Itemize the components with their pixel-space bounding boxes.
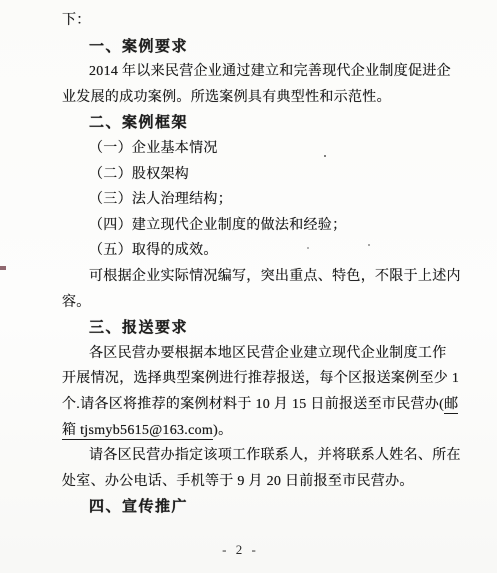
text-line: 请各区民营办指定该项工作联系人，并将联系人姓名、所在 bbox=[62, 443, 462, 469]
text-line: 业发展的成功案例。所选案例具有典型性和示范性。 bbox=[62, 85, 462, 111]
text-line: 下： bbox=[62, 8, 462, 34]
scan-speck bbox=[324, 155, 326, 157]
list-item-3: （三）法人治理结构； bbox=[62, 187, 462, 213]
heading-case-framework: 二、案例框架 bbox=[62, 110, 462, 136]
list-item-5: （五）取得的成效。 bbox=[62, 238, 462, 264]
text-line: 各区民营办要根据本地区民营企业建立现代企业制度工作 bbox=[62, 341, 462, 367]
heading-case-requirements: 一、案例要求 bbox=[62, 34, 462, 60]
document-text-block: 下： 一、案例要求 2014 年以来民营企业通过建立和完善现代企业制度促进企 业… bbox=[62, 8, 462, 520]
text-line: 箱 tjsmyb5615@163.com)。 bbox=[62, 418, 462, 444]
text-line: 个.请各区将推荐的案例材料于 10 月 15 日前报送至市民营办(邮 bbox=[62, 392, 462, 418]
text-line: 处室、办公电话、手机等于 9 月 20 日前报至市民营办。 bbox=[62, 469, 462, 495]
text-segment: )。 bbox=[213, 423, 232, 438]
text-line: 2014 年以来民营企业通过建立和完善现代企业制度促进企 bbox=[62, 59, 462, 85]
heading-promotion: 四、宣传推广 bbox=[62, 494, 462, 520]
heading-submission-requirements: 三、报送要求 bbox=[62, 315, 462, 341]
scan-speck bbox=[307, 247, 309, 249]
page-number: - 2 - bbox=[0, 542, 489, 558]
document-page: 下： 一、案例要求 2014 年以来民营企业通过建立和完善现代企业制度促进企 业… bbox=[0, 0, 497, 573]
list-item-4: （四）建立现代企业制度的做法和经验； bbox=[62, 213, 462, 239]
list-item-2: （二）股权架构 bbox=[62, 162, 462, 188]
text-line: 开展情况，选择典型案例进行推荐报送，每个区报送案例至少 1 bbox=[62, 366, 462, 392]
scan-artifact-mark bbox=[0, 266, 6, 270]
text-line: 容。 bbox=[62, 290, 462, 316]
scan-speck bbox=[368, 244, 370, 246]
list-item-1: （一）企业基本情况 bbox=[62, 136, 462, 162]
text-line: 可根据企业实际情况编写，突出重点、特色，不限于上述内 bbox=[62, 264, 462, 290]
text-segment: 个.请各区将推荐的案例材料于 10 月 15 日前报送至市民营办( bbox=[62, 397, 444, 412]
email-underline-part: 邮 bbox=[444, 397, 458, 414]
email-address: 箱 tjsmyb5615@163.com bbox=[62, 423, 213, 440]
